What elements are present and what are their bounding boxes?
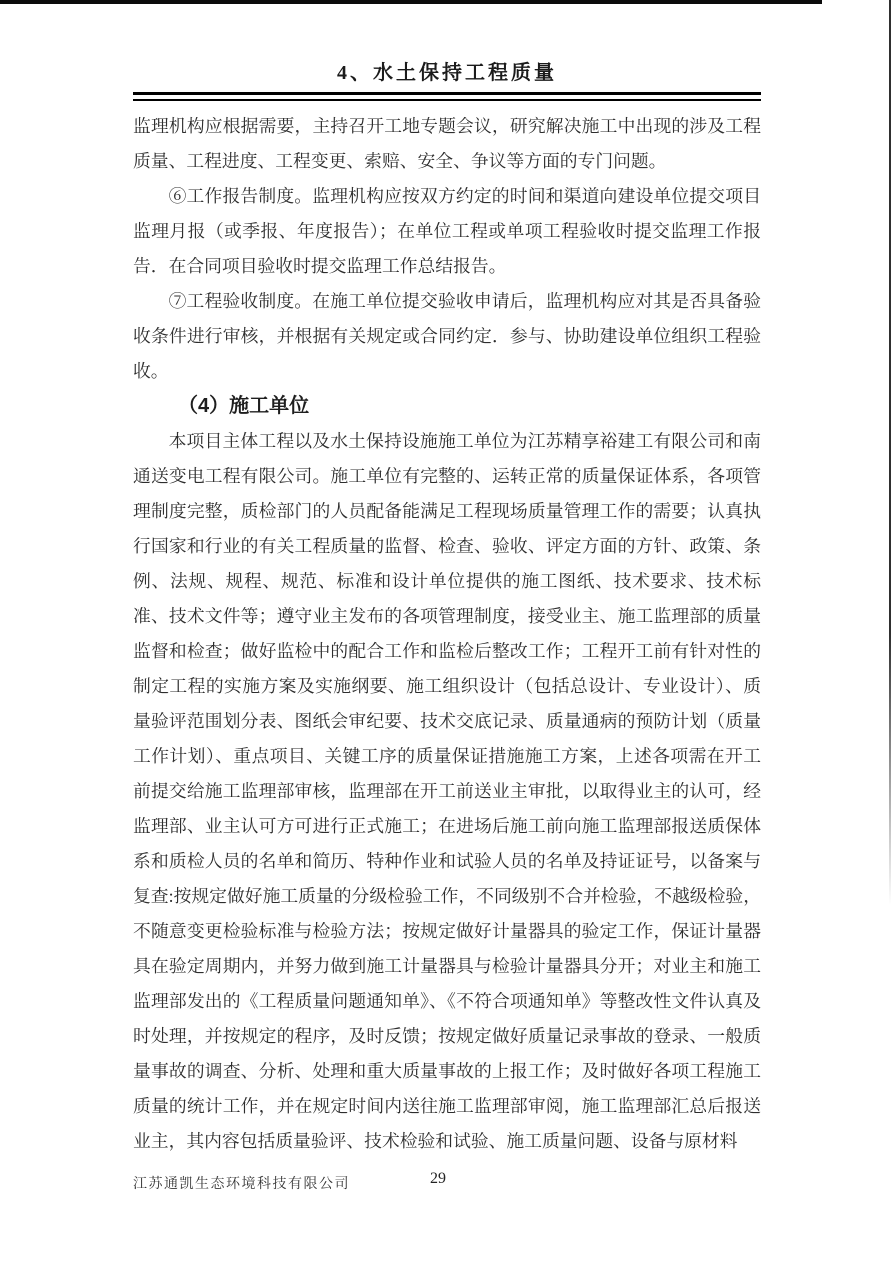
page-footer: 江苏通凯生态环境科技有限公司 29 [133, 1170, 761, 1194]
scan-artifact-right-edge [889, 0, 891, 905]
section-heading-construction-unit: （4）施工单位 [133, 389, 761, 424]
body-text: 监理机构应根据需要，主持召开工地专题会议，研究解决施工中出现的涉及工程质量、工程… [133, 109, 761, 1159]
footer-page-number: 29 [430, 1170, 446, 1188]
page-title: 4、水土保持工程质量 [133, 60, 761, 86]
page-content: 4、水土保持工程质量 监理机构应根据需要，主持召开工地专题会议，研究解决施工中出… [133, 0, 761, 1159]
document-page: 4、水土保持工程质量 监理机构应根据需要，主持召开工地专题会议，研究解决施工中出… [0, 0, 892, 1262]
paragraph-work-report-system: ⑥工作报告制度。监理机构应按双方约定的时间和渠道向建设单位提交项目监理月报（或季… [133, 179, 761, 284]
footer-company-name: 江苏通凯生态环境科技有限公司 [133, 1173, 350, 1193]
paragraph-acceptance-system: ⑦工程验收制度。在施工单位提交验收申请后，监理机构应对其是否具备验收条件进行审核… [133, 284, 761, 389]
paragraph-continuation: 监理机构应根据需要，主持召开工地专题会议，研究解决施工中出现的涉及工程质量、工程… [133, 109, 761, 179]
header-double-rule [133, 92, 761, 101]
paragraph-construction-unit-body: 本项目主体工程以及水土保持设施施工单位为江苏精享裕建工有限公司和南通送变电工程有… [133, 424, 761, 1159]
